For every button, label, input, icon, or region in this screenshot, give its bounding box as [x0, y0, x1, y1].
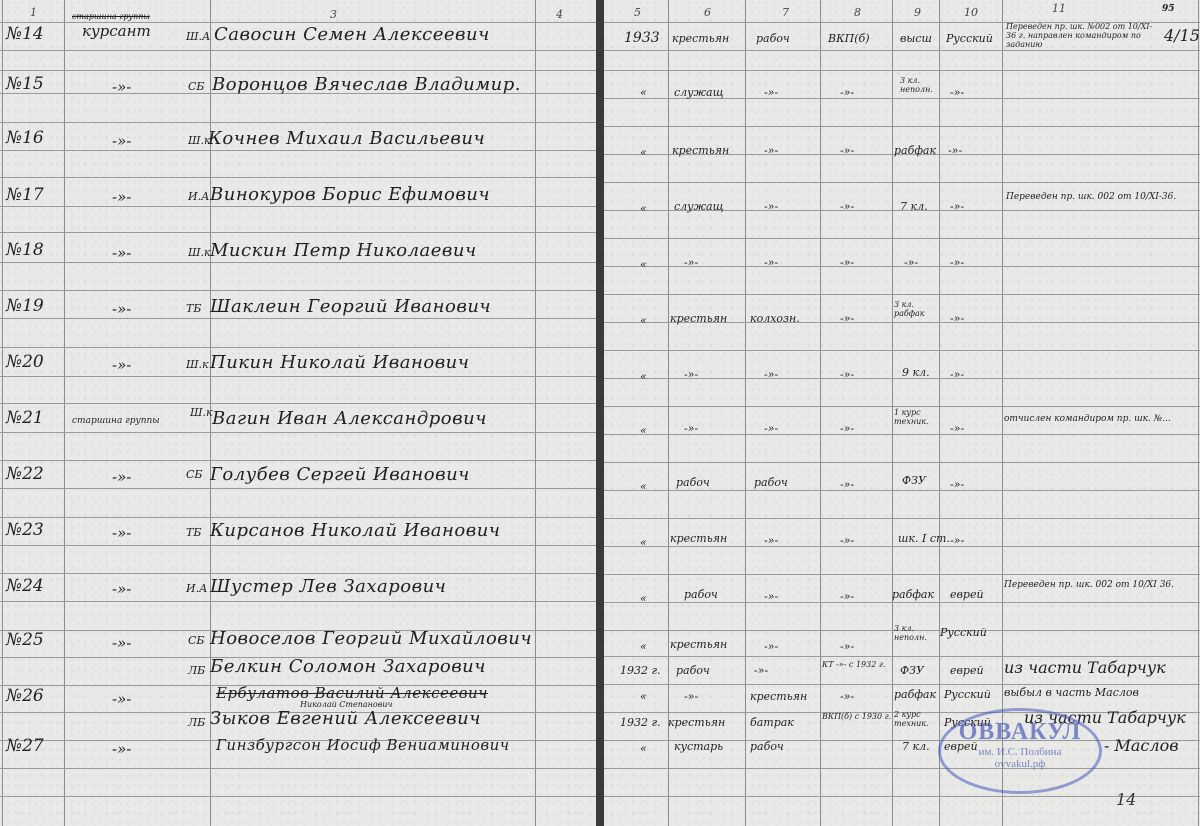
party: -»-: [840, 144, 854, 157]
row-number: №16: [6, 128, 44, 148]
border-line: [1198, 0, 1199, 826]
year: «: [640, 202, 647, 215]
nationality: -»-: [950, 86, 964, 99]
nationality: -»-: [950, 478, 964, 491]
rank-abbr: Ш.к: [190, 406, 213, 419]
nationality: Русский: [946, 32, 993, 45]
column-number: 7: [782, 6, 789, 19]
social-origin: -»-: [684, 256, 698, 269]
row-number: №14: [6, 24, 44, 44]
social-origin: кустарь: [674, 740, 723, 753]
column-divider: [535, 0, 536, 826]
social-status: -»-: [764, 368, 778, 381]
nationality: -»-: [950, 368, 964, 381]
social-origin: крестьян: [670, 532, 727, 545]
education: ФЗУ: [902, 474, 926, 487]
person-name: Савосин Семен Алексеевич: [214, 24, 490, 45]
rank: -»-: [112, 468, 131, 486]
party: -»-: [840, 422, 854, 435]
corner-note: 4/15: [1164, 26, 1200, 45]
social-status: -»-: [764, 590, 778, 603]
rank-abbr: Ш.А: [186, 30, 210, 43]
social-origin: крестьян: [672, 32, 729, 45]
year: «: [640, 146, 647, 159]
party: -»-: [840, 86, 854, 99]
column-divider: [820, 0, 821, 826]
person-name: Гинзбургсон Иосиф Вениаминович: [216, 736, 510, 754]
education: 3 кл. неполн.: [900, 76, 940, 94]
party: -»-: [840, 534, 854, 547]
remark: Переведен пр. шк. №002 от 10/XI-36 г. на…: [1006, 22, 1156, 49]
column-number: 4: [556, 8, 563, 21]
person-name: Шаклеин Георгий Иванович: [210, 296, 491, 317]
party: -»-: [840, 200, 854, 213]
archive-watermark-stamp: ОВВАКУЛ им. И.С. Полбина ovvakul.рф: [938, 708, 1102, 794]
rank: -»-: [112, 244, 131, 262]
row-number: №15: [6, 74, 44, 94]
person-name: Новоселов Георгий Михайлович: [210, 628, 532, 649]
social-origin: крестьян: [668, 716, 725, 729]
column-divider: [745, 0, 746, 826]
rank-abbr: СБ: [188, 80, 205, 93]
rank: -»-: [112, 580, 131, 598]
social-origin: крестьян: [672, 144, 729, 157]
person-name: Винокуров Борис Ефимович: [210, 184, 490, 205]
column-divider: [892, 0, 893, 826]
education: рабфак: [894, 688, 936, 701]
education: ФЗУ: [900, 664, 924, 677]
stamp-subtitle: им. И.С. Полбина: [941, 746, 1099, 758]
rank-abbr: ТБ: [186, 302, 201, 315]
education: 3 кл. неполн.: [894, 624, 938, 642]
year: «: [640, 536, 647, 549]
year: «: [640, 258, 647, 271]
rank-abbr: Ш.к: [186, 358, 209, 371]
remark: - Маслов: [1104, 736, 1179, 755]
person-name: Зыков Евгений Алексеевич: [210, 708, 481, 729]
party: -»-: [840, 690, 854, 703]
nationality: еврей: [950, 588, 984, 601]
social-origin: -»-: [684, 368, 698, 381]
row-number: №20: [6, 352, 44, 372]
nationality: -»-: [950, 534, 964, 547]
row-number: №19: [6, 296, 44, 316]
row-number: №22: [6, 464, 44, 484]
person-name: Кирсанов Николай Иванович: [210, 520, 501, 541]
person-name: Кочнев Михаил Васильевич: [208, 128, 485, 149]
social-status: -»-: [764, 640, 778, 653]
column-number: 8: [854, 6, 861, 19]
education: рабфак: [892, 588, 934, 601]
remark: Переведен пр. шк. 002 от 10/XI-36.: [1006, 192, 1176, 202]
rank: -»-: [112, 634, 131, 652]
person-name: Вагин Иван Александрович: [212, 408, 487, 429]
row-number: №26: [6, 686, 44, 706]
row-number: №23: [6, 520, 44, 540]
rank: -»-: [112, 690, 131, 708]
border-line: [2, 0, 3, 826]
party: -»-: [840, 368, 854, 381]
nationality: еврей: [950, 664, 984, 677]
social-status: -»-: [754, 664, 768, 677]
rank-abbr: ТБ: [186, 526, 201, 539]
education: 3 кл. рабфак: [894, 300, 938, 318]
nationality: -»-: [950, 312, 964, 325]
education: 9 кл.: [902, 366, 930, 379]
social-status: рабоч: [754, 476, 788, 489]
page-number: 14: [1116, 790, 1136, 809]
nationality: -»-: [948, 144, 962, 157]
social-status: батрак: [750, 716, 794, 729]
social-status: -»-: [764, 534, 778, 547]
social-origin: -»-: [684, 422, 698, 435]
rank: -»-: [112, 524, 131, 542]
rank-abbr: СБ: [188, 634, 205, 647]
rank: -»-: [112, 300, 131, 318]
column-divider: [939, 0, 940, 826]
social-status: крестьян: [750, 690, 807, 703]
row-number: №24: [6, 576, 44, 596]
social-origin: крестьян: [670, 312, 727, 325]
person-name: Голубев Сергей Иванович: [210, 464, 470, 485]
nationality: Русский: [940, 626, 987, 639]
year: «: [640, 640, 647, 653]
party: ВКП(б): [828, 32, 870, 45]
social-origin: крестьян: [670, 638, 727, 651]
remark: выбыл в часть Маслов: [1004, 686, 1139, 699]
social-status: -»-: [764, 200, 778, 213]
education: рабфак: [894, 144, 936, 157]
nationality: -»-: [950, 256, 964, 269]
rank-abbr: Ш.к: [188, 246, 211, 259]
social-origin: рабоч: [676, 476, 710, 489]
party: -»-: [840, 640, 854, 653]
social-origin: служащ: [674, 86, 724, 99]
column-number: 6: [704, 6, 711, 19]
year: «: [640, 370, 647, 383]
party: КТ -»- с 1932 г.: [822, 660, 885, 669]
nationality: Русский: [944, 688, 991, 701]
rank: -»-: [112, 356, 131, 374]
social-status: рабоч: [756, 32, 790, 45]
year: 1933: [624, 30, 660, 46]
year: «: [640, 86, 647, 99]
rank: старшина группы: [72, 416, 160, 426]
person-name: Воронцов Вячеслав Владимир.: [212, 74, 521, 95]
social-status: -»-: [764, 256, 778, 269]
column-number: 11: [1052, 2, 1066, 15]
social-status: -»-: [764, 144, 778, 157]
year: «: [640, 480, 647, 493]
right-page: 5 6 7 8 9 10 11 95 4/15 1933 крестьян ра…: [604, 0, 1200, 826]
nationality: -»-: [950, 200, 964, 213]
person-name: Белкин Соломон Захарович: [210, 656, 486, 677]
party: -»-: [840, 478, 854, 491]
rank: -»-: [112, 78, 131, 96]
row-number: №27: [6, 736, 44, 756]
education: 1 курс техник.: [894, 408, 938, 426]
column-number: 5: [634, 6, 641, 19]
column-number: 3: [330, 8, 337, 21]
stamp-site: ovvakul.рф: [941, 758, 1099, 770]
social-origin: служащ: [674, 200, 724, 213]
year: 1932 г.: [620, 664, 661, 677]
left-page: 1 старшина группы 3 4 №14 курсант Ш.А Са…: [0, 0, 596, 826]
education: 7 кл.: [900, 200, 928, 213]
person-name: Шустер Лев Захарович: [210, 576, 446, 597]
social-origin: -»-: [684, 690, 698, 703]
social-status: колхозн.: [750, 312, 800, 325]
social-status: -»-: [764, 422, 778, 435]
rank-abbr: И.А: [188, 190, 209, 203]
column-divider: [64, 0, 65, 826]
year: «: [640, 690, 647, 703]
stamp-title: ОВВАКУЛ: [941, 719, 1099, 746]
social-status: рабоч: [750, 740, 784, 753]
year: «: [640, 592, 647, 605]
party: -»-: [840, 590, 854, 603]
column-number: 9: [914, 6, 921, 19]
rank: -»-: [112, 740, 131, 758]
education: высш: [900, 32, 932, 45]
education: шк. I ст.: [898, 532, 950, 545]
rank-abbr: ЛБ: [188, 716, 205, 729]
header-group-label: старшина группы: [72, 12, 150, 21]
education: 2 курс техник.: [894, 710, 938, 728]
row-number: №18: [6, 240, 44, 260]
column-divider: [668, 0, 669, 826]
rank: -»-: [112, 132, 131, 150]
education: -»-: [904, 256, 918, 269]
row-number: №17: [6, 185, 44, 205]
row-number: №25: [6, 630, 44, 650]
social-origin: рабоч: [684, 588, 718, 601]
year: «: [640, 314, 647, 327]
row-number: №21: [6, 408, 44, 428]
year: «: [640, 424, 647, 437]
remark: из части Табарчук: [1004, 658, 1166, 677]
corner-number: 95: [1162, 4, 1175, 14]
person-name: Пикин Николай Иванович: [210, 352, 469, 373]
page-gutter: [596, 0, 604, 826]
rank: -»-: [112, 188, 131, 206]
social-status: -»-: [764, 86, 778, 99]
column-number: 1: [30, 6, 37, 19]
column-divider: [1002, 0, 1003, 826]
remark: Переведен пр. шк. 002 от 10/XI 36.: [1004, 580, 1174, 590]
rank: курсант: [82, 22, 151, 40]
party: ВКП(б) с 1930 г.: [822, 712, 891, 721]
rank-abbr: ЛБ: [188, 664, 205, 677]
year: «: [640, 742, 647, 755]
nationality: -»-: [950, 422, 964, 435]
person-name: Мискин Петр Николаевич: [210, 240, 477, 261]
rank-abbr: СБ: [186, 468, 203, 481]
party: -»-: [840, 312, 854, 325]
social-origin: рабоч: [676, 664, 710, 677]
column-number: 10: [964, 6, 978, 19]
party: -»-: [840, 256, 854, 269]
education: 7 кл.: [902, 740, 930, 753]
year: 1932 г.: [620, 716, 661, 729]
remark: отчислен командиром пр. шк. №...: [1004, 414, 1171, 424]
rank-abbr: И.А: [186, 582, 207, 595]
